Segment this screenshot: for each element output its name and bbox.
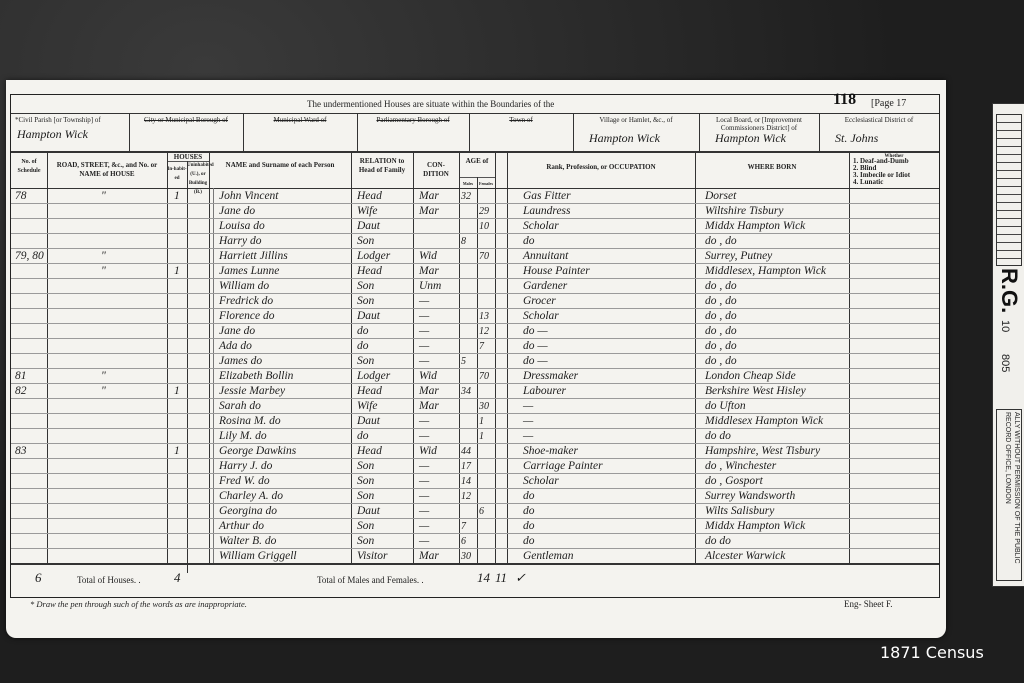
occupation: Gentleman [523, 549, 573, 564]
schedule-total: 6 [35, 570, 42, 586]
birthplace: do , do [705, 309, 737, 324]
relation-to-head: Head [357, 189, 382, 204]
table-row: Charley A. doSon—12doSurrey Wandsworth [11, 489, 939, 504]
person-name: Jane do [219, 324, 255, 339]
column-header: CON-DITION [415, 161, 457, 179]
person-name: Harriett Jillins [219, 249, 288, 264]
piece-number-b: 805 [999, 354, 1011, 372]
person-name: Elizabeth Bollin [219, 369, 293, 384]
boundary-label: Municipal Ward of [247, 116, 353, 124]
occupation: do [523, 504, 535, 519]
table-row: William GriggellVisitorMar30GentlemanAlc… [11, 549, 939, 564]
female-age: 13 [479, 309, 489, 324]
road-address: " [101, 249, 106, 264]
marital-condition: — [419, 294, 429, 309]
person-name: Louisa do [219, 219, 265, 234]
inhabited-count: 1 [174, 384, 180, 399]
person-name: Fred W. do [219, 474, 270, 489]
boundary-box: Local Board, or [Improvement Commissione… [699, 113, 819, 151]
person-name: William Griggell [219, 549, 297, 564]
column-header: ROAD, STREET, &c., and No. or NAME of HO… [51, 161, 163, 179]
male-age: 17 [461, 459, 471, 474]
occupation: Grocer [523, 294, 556, 309]
relation-to-head: Head [357, 444, 382, 459]
relation-to-head: Lodger [357, 369, 390, 384]
table-row: Georgina doDaut—6doWilts Salisbury [11, 504, 939, 519]
table-row: 831George DawkinsHeadWid44Shoe-makerHamp… [11, 444, 939, 459]
marital-condition: — [419, 519, 429, 534]
marital-condition: Mar [419, 204, 439, 219]
relation-to-head: Head [357, 264, 382, 279]
table-row: Jane doWifeMar29LaundressWiltshire Tisbu… [11, 204, 939, 219]
census-sheet: The undermentioned Houses are situate wi… [6, 80, 946, 638]
ruler-scale [996, 114, 1022, 266]
folio-number: 118 [833, 91, 856, 109]
schedule-number: 82 [15, 384, 27, 399]
person-name: Lily M. do [219, 429, 267, 444]
boundary-label: *Civil Parish [or Township] of [15, 116, 125, 124]
marital-condition: — [419, 459, 429, 474]
column-header: Females [477, 179, 495, 188]
relation-to-head: Wife [357, 204, 377, 219]
female-age: 12 [479, 324, 489, 339]
occupation: do — [523, 339, 548, 354]
relation-to-head: Daut [357, 504, 380, 519]
marital-condition: Mar [419, 399, 439, 414]
birthplace: do Ufton [705, 399, 746, 414]
birthplace: Wiltshire Tisbury [705, 204, 784, 219]
column-header: AGE of [459, 157, 495, 166]
male-age: 5 [461, 354, 466, 369]
sheet-label: Eng- Sheet F. [844, 599, 893, 609]
female-age: 7 [479, 339, 484, 354]
boundary-box: *Civil Parish [or Township] ofHampton Wi… [11, 113, 129, 151]
male-age: 12 [461, 489, 471, 504]
person-name: Florence do [219, 309, 274, 324]
person-name: James do [219, 354, 262, 369]
table-row: Florence doDaut—13Scholardo , do [11, 309, 939, 324]
marital-condition: — [419, 309, 429, 324]
boundary-box: Ecclesiastical District ofSt. Johns [819, 113, 939, 151]
occupation: Gas Fitter [523, 189, 571, 204]
relation-to-head: Son [357, 294, 374, 309]
person-name: Jessie Marbey [219, 384, 285, 399]
road-address: " [101, 189, 106, 204]
road-address: " [101, 264, 106, 279]
road-address: " [101, 369, 106, 384]
houses-total-label: Total of Houses. . [77, 575, 141, 585]
boundary-box: Town of [469, 113, 573, 151]
occupation: Carriage Painter [523, 459, 603, 474]
birthplace: do , do [705, 279, 737, 294]
birthplace: Middlesex Hampton Wick [705, 414, 823, 429]
copyright-notice: ALLY WITHOUT PERMISSION OF THE PUBLIC RE… [996, 409, 1022, 581]
marital-condition: Wid [419, 249, 437, 264]
relation-to-head: Son [357, 474, 374, 489]
table-row: 78"1John VincentHeadMar32Gas FitterDorse… [11, 189, 939, 204]
piece-number-a: 10 [999, 320, 1011, 332]
birthplace: Hampshire, West Tisbury [705, 444, 820, 459]
birthplace: Berkshire West Hisley [705, 384, 806, 399]
occupation: Laundress [523, 204, 571, 219]
person-name: Walter B. do [219, 534, 276, 549]
relation-to-head: Son [357, 489, 374, 504]
relation-to-head: Visitor [357, 549, 387, 564]
boundary-label: Local Board, or [Improvement Commissione… [703, 116, 815, 132]
relation-to-head: do [357, 324, 369, 339]
census-form-frame: The undermentioned Houses are situate wi… [10, 94, 940, 598]
table-row: Ada dodo—7do —do , do [11, 339, 939, 354]
occupation: do [523, 234, 535, 249]
relation-to-head: Son [357, 354, 374, 369]
houses-total-value: 4 [174, 570, 181, 586]
table-row: Lily M. dodo—1—do do [11, 429, 939, 444]
marital-condition: — [419, 324, 429, 339]
occupation: — [523, 429, 533, 444]
female-age: 30 [479, 399, 489, 414]
female-age: 10 [479, 219, 489, 234]
birthplace: Middx Hampton Wick [705, 519, 805, 534]
table-row: Arthur doSon—7doMiddx Hampton Wick [11, 519, 939, 534]
birthplace: London Cheap Side [705, 369, 796, 384]
boundary-value: Hampton Wick [17, 127, 88, 142]
marital-condition: — [419, 489, 429, 504]
check-mark: ✓ [515, 570, 526, 586]
column-header: In-habit-ed [167, 165, 187, 183]
person-name: George Dawkins [219, 444, 296, 459]
table-row: 81"Elizabeth BollinLodgerWid70Dressmaker… [11, 369, 939, 384]
person-name: Rosina M. do [219, 414, 281, 429]
birthplace: do do [705, 429, 731, 444]
male-age: 30 [461, 549, 471, 564]
male-age: 34 [461, 384, 471, 399]
marital-condition: — [419, 474, 429, 489]
schedule-number: 79, 80 [15, 249, 44, 264]
boundary-value: Hampton Wick [715, 131, 786, 146]
female-age: 6 [479, 504, 484, 519]
person-name: Harry J. do [219, 459, 272, 474]
birthplace: do do [705, 534, 731, 549]
boundary-label: Parliamentary Borough of [361, 116, 465, 124]
marital-condition: Mar [419, 549, 439, 564]
relation-to-head: Son [357, 234, 374, 249]
person-name: Georgina do [219, 504, 277, 519]
marital-condition: — [419, 339, 429, 354]
persons-total-label: Total of Males and Females. . [317, 575, 424, 585]
whether-item: 4. Lunatic [853, 179, 883, 186]
table-row: Fred W. doSon—14Scholardo , Gosport [11, 474, 939, 489]
table-row: Rosina M. doDaut—1—Middlesex Hampton Wic… [11, 414, 939, 429]
column-header: Males [459, 179, 477, 188]
male-age: 32 [461, 189, 471, 204]
boundary-box: City or Municipal Borough of [129, 113, 243, 151]
marital-condition: — [419, 429, 429, 444]
person-name: Fredrick do [219, 294, 273, 309]
birthplace: do , Winchester [705, 459, 776, 474]
relation-to-head: Daut [357, 219, 380, 234]
boundary-box: Municipal Ward of [243, 113, 357, 151]
boundary-label: Ecclesiastical District of [823, 116, 935, 124]
female-age: 70 [479, 249, 489, 264]
relation-to-head: Lodger [357, 249, 390, 264]
schedule-number: 78 [15, 189, 27, 204]
table-row: Jane dodo—12do —do , do [11, 324, 939, 339]
form-title: The undermentioned Houses are situate wi… [307, 99, 554, 109]
female-age: 70 [479, 369, 489, 384]
occupation: do — [523, 354, 548, 369]
relation-to-head: Daut [357, 309, 380, 324]
person-name: Sarah do [219, 399, 261, 414]
male-age: 6 [461, 534, 466, 549]
birthplace: do , do [705, 354, 737, 369]
males-total: 14 [477, 570, 490, 586]
occupation: Gardener [523, 279, 567, 294]
occupation: Annuitant [523, 249, 568, 264]
birthplace: do , do [705, 339, 737, 354]
relation-to-head: Wife [357, 399, 377, 414]
relation-to-head: Head [357, 384, 382, 399]
table-row: 82"1Jessie MarbeyHeadMar34LabourerBerksh… [11, 384, 939, 399]
occupation: do [523, 534, 535, 549]
occupation: — [523, 414, 533, 429]
person-name: John Vincent [219, 189, 279, 204]
person-name: William do [219, 279, 269, 294]
birthplace: Alcester Warwick [705, 549, 785, 564]
table-row: Fredrick doSon—Grocerdo , do [11, 294, 939, 309]
birthplace: Wilts Salisbury [705, 504, 774, 519]
table-row: Harry doSon8dodo , do [11, 234, 939, 249]
image-caption: 1871 Census [880, 643, 984, 662]
birthplace: do , do [705, 234, 737, 249]
person-name: Charley A. do [219, 489, 283, 504]
table-row: James doSon—5do —do , do [11, 354, 939, 369]
record-group-label: R.G. [996, 268, 1022, 313]
birthplace: do , do [705, 294, 737, 309]
marital-condition: Wid [419, 369, 437, 384]
table-row: William doSonUnmGardenerdo , do [11, 279, 939, 294]
marital-condition: Unm [419, 279, 441, 294]
male-age: 7 [461, 519, 466, 534]
marital-condition: Mar [419, 384, 439, 399]
birthplace: Middlesex, Hampton Wick [705, 264, 826, 279]
birthplace: Middx Hampton Wick [705, 219, 805, 234]
occupation: do — [523, 324, 548, 339]
birthplace: Surrey, Putney [705, 249, 772, 264]
boundary-label: City or Municipal Borough of [133, 116, 239, 124]
inhabited-count: 1 [174, 189, 180, 204]
birthplace: do , Gosport [705, 474, 763, 489]
boundary-label: Town of [473, 116, 569, 124]
marital-condition: Wid [419, 444, 437, 459]
relation-to-head: Daut [357, 414, 380, 429]
occupation: Scholar [523, 474, 559, 489]
occupation: Scholar [523, 309, 559, 324]
boundary-label: Village or Hamlet, &c., of [577, 116, 695, 124]
column-header: Rank, Profession, or OCCUPATION [511, 163, 691, 172]
column-header: WHERE BORN [699, 163, 845, 172]
occupation: Scholar [523, 219, 559, 234]
occupation: — [523, 399, 533, 414]
occupation: Dressmaker [523, 369, 578, 384]
marital-condition: Mar [419, 264, 439, 279]
column-header: No. of Schedule [11, 158, 47, 176]
page-label: [Page 17 [871, 98, 906, 109]
person-name: Jane do [219, 204, 255, 219]
occupation: House Painter [523, 264, 590, 279]
person-name: Harry do [219, 234, 262, 249]
marital-condition: — [419, 534, 429, 549]
boundary-box: Village or Hamlet, &c., ofHampton Wick [573, 113, 699, 151]
occupation: do [523, 519, 535, 534]
boundary-value: Hampton Wick [589, 131, 660, 146]
occupation: Labourer [523, 384, 566, 399]
relation-to-head: Son [357, 534, 374, 549]
birthplace: Dorset [705, 189, 736, 204]
occupation: do [523, 489, 535, 504]
table-row: Louisa doDaut10ScholarMiddx Hampton Wick [11, 219, 939, 234]
road-address: " [101, 384, 106, 399]
occupation: Shoe-maker [523, 444, 578, 459]
marital-condition: — [419, 354, 429, 369]
female-age: 1 [479, 429, 484, 444]
reference-strip: R.G. 10 805 ALLY WITHOUT PERMISSION OF T… [992, 103, 1024, 587]
female-age: 1 [479, 414, 484, 429]
relation-to-head: Son [357, 519, 374, 534]
boundary-value: St. Johns [835, 131, 878, 146]
table-row: Sarah doWifeMar30—do Ufton [11, 399, 939, 414]
marital-condition: Mar [419, 189, 439, 204]
relation-to-head: Son [357, 279, 374, 294]
relation-to-head: do [357, 429, 369, 444]
relation-to-head: do [357, 339, 369, 354]
relation-to-head: Son [357, 459, 374, 474]
person-name: Ada do [219, 339, 252, 354]
inhabited-count: 1 [174, 264, 180, 279]
footnote: * Draw the pen through such of the words… [30, 599, 247, 609]
table-row: 79, 80"Harriett JillinsLodgerWid70Annuit… [11, 249, 939, 264]
column-header: NAME and Surname of each Person [211, 161, 349, 170]
male-age: 14 [461, 474, 471, 489]
male-age: 44 [461, 444, 471, 459]
marital-condition: — [419, 504, 429, 519]
column-header: RELATION to Head of Family [353, 157, 411, 175]
boundary-box: Parliamentary Borough of [357, 113, 469, 151]
inhabited-count: 1 [174, 444, 180, 459]
schedule-number: 83 [15, 444, 27, 459]
females-total: 11 [495, 570, 507, 586]
marital-condition: — [419, 414, 429, 429]
schedule-number: 81 [15, 369, 27, 384]
table-row: Walter B. doSon—6dodo do [11, 534, 939, 549]
birthplace: do , do [705, 324, 737, 339]
birthplace: Surrey Wandsworth [705, 489, 795, 504]
person-name: Arthur do [219, 519, 264, 534]
person-name: James Lunne [219, 264, 279, 279]
table-row: Harry J. doSon—17Carriage Painterdo , Wi… [11, 459, 939, 474]
male-age: 8 [461, 234, 466, 249]
female-age: 29 [479, 204, 489, 219]
table-row: "1James LunneHeadMarHouse PainterMiddles… [11, 264, 939, 279]
